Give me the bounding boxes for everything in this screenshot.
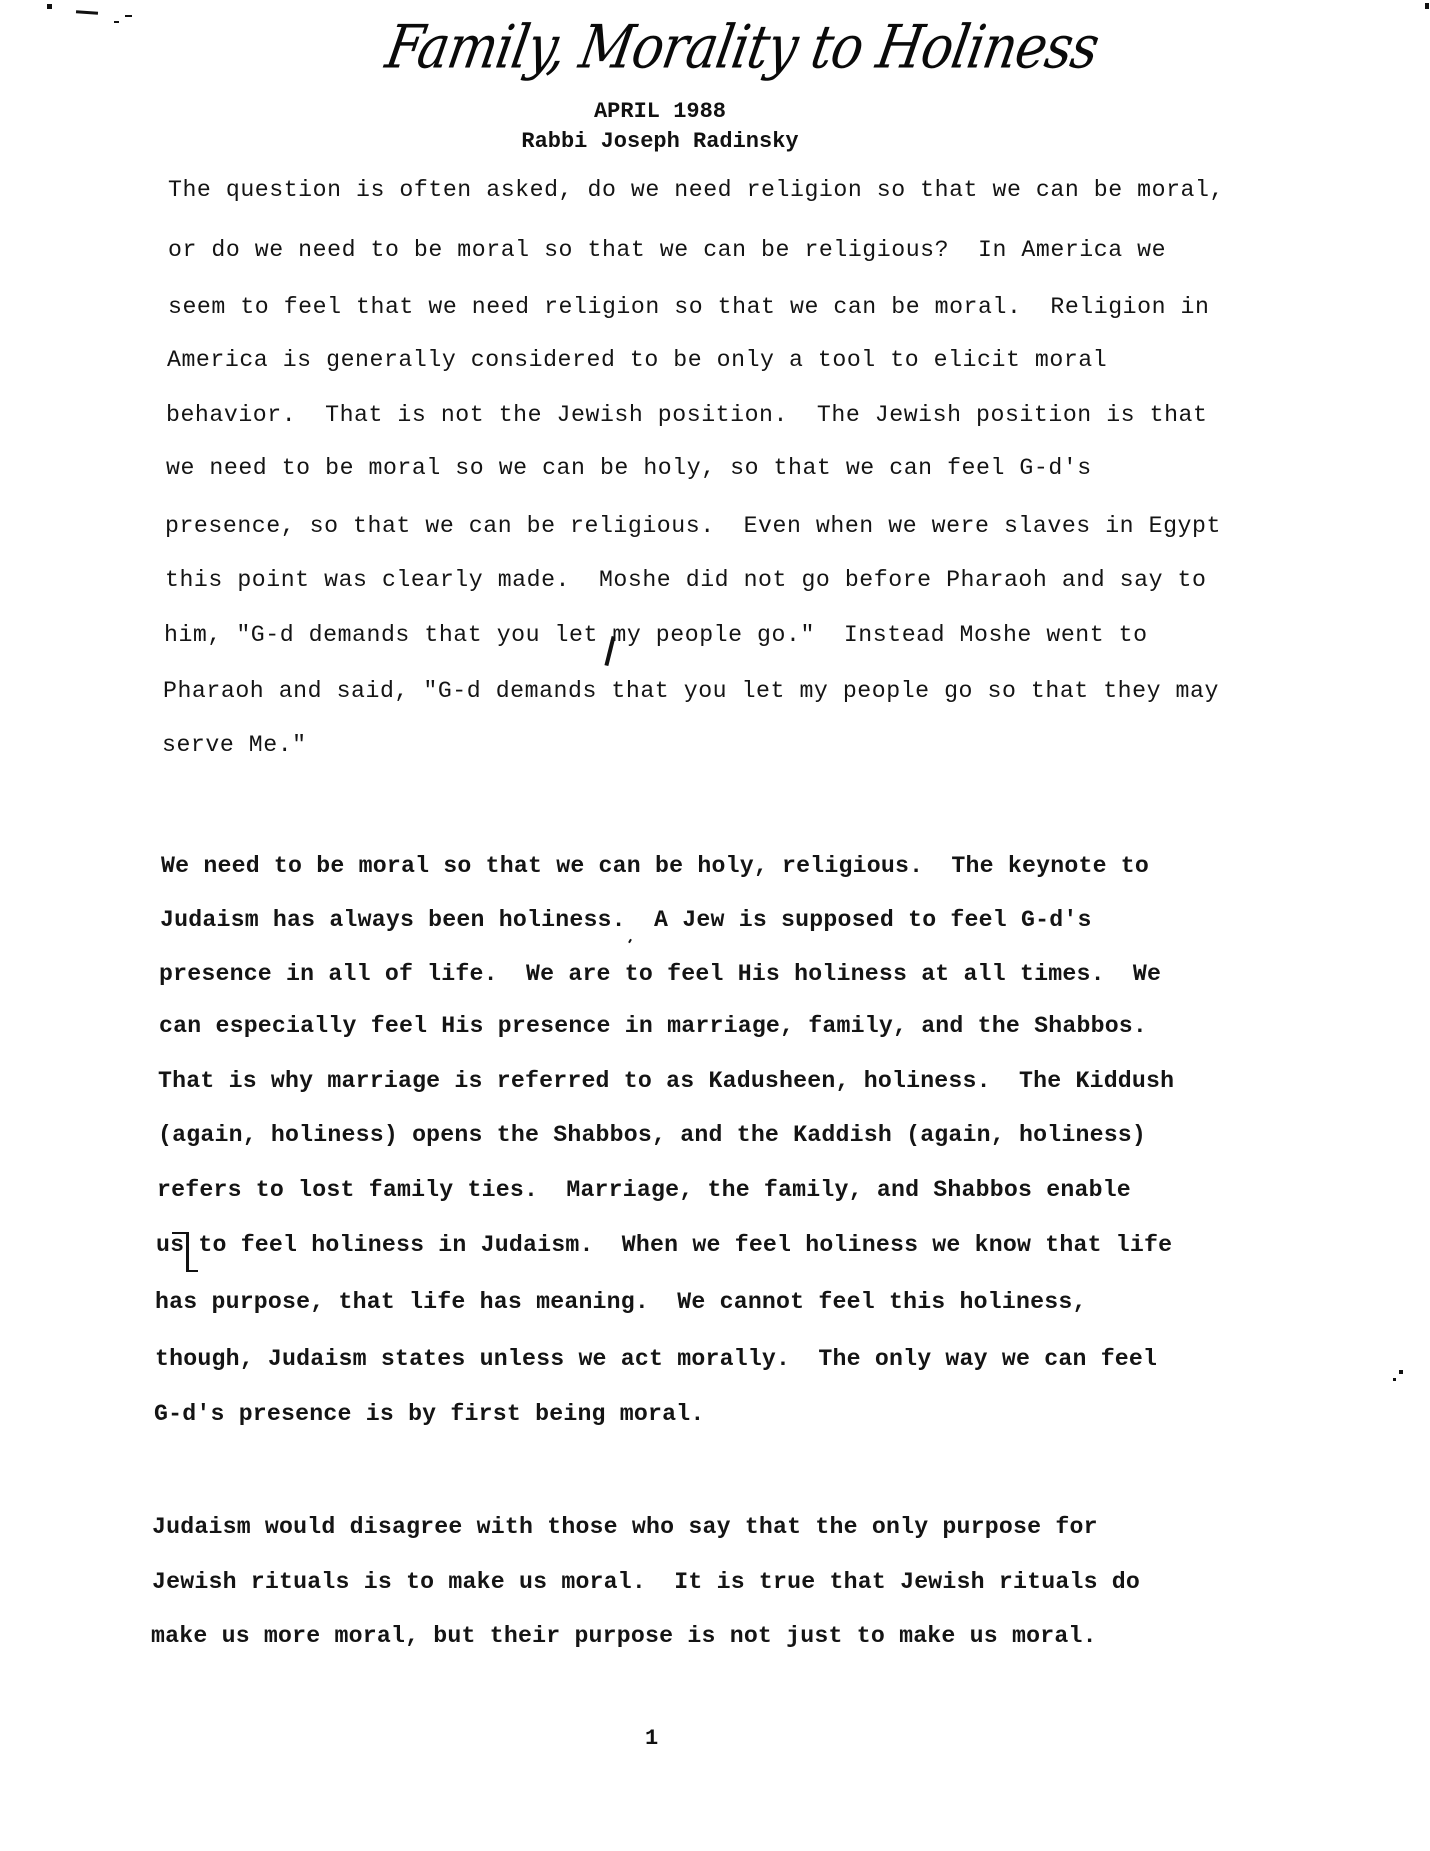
text-line: behavior. That is not the Jewish positio… [166, 401, 1207, 429]
text-line: Judaism has always been holiness. A Jew … [160, 906, 1092, 934]
scan-speck [76, 10, 98, 15]
scan-speck [1399, 1370, 1403, 1374]
text-line: We need to be moral so that we can be ho… [161, 852, 1149, 880]
text-line: The question is often asked, do we need … [168, 176, 1224, 204]
scan-speck [1393, 1378, 1396, 1381]
text-line: can especially feel His presence in marr… [159, 1012, 1147, 1040]
handwritten-title: Family, Morality to Holiness [376, 2, 915, 111]
text-line: this point was clearly made. Moshe did n… [165, 566, 1206, 594]
text-line: seem to feel that we need religion so th… [168, 293, 1209, 321]
scan-speck [125, 15, 132, 17]
scan-speck [1425, 3, 1429, 9]
text-line: make us more moral, but their purpose is… [151, 1622, 1097, 1650]
text-line: America is generally considered to be on… [167, 346, 1107, 374]
document-date: APRIL 1988 [0, 99, 1320, 124]
text-line: us to feel holiness in Judaism. When we … [156, 1231, 1172, 1259]
text-line: we need to be moral so we can be holy, s… [166, 454, 1092, 482]
text-line: though, Judaism states unless we act mor… [155, 1345, 1157, 1373]
handwritten-insertion-mark [168, 1232, 189, 1272]
text-line: him, "G-d demands that you let my people… [164, 621, 1148, 649]
scan-speck [47, 4, 52, 9]
text-line: G-d's presence is by first being moral. [154, 1400, 704, 1428]
document-page: Family, Morality to Holiness APRIL 1988 … [0, 0, 1430, 1851]
text-line: Jewish rituals is to make us moral. It i… [152, 1568, 1140, 1596]
text-line: Pharaoh and said, "G-d demands that you … [163, 677, 1219, 705]
text-line: serve Me." [162, 731, 307, 759]
text-line: or do we need to be moral so that we can… [168, 236, 1166, 264]
text-line: Judaism would disagree with those who sa… [152, 1513, 1098, 1541]
text-line: presence, so that we can be religious. E… [165, 512, 1221, 540]
text-line: has purpose, that life has meaning. We c… [155, 1288, 1087, 1316]
text-line: That is why marriage is referred to as K… [158, 1067, 1174, 1095]
text-line: presence in all of life. We are to feel … [159, 960, 1161, 988]
text-line: (again, holiness) opens the Shabbos, and… [158, 1121, 1146, 1149]
scan-speck [628, 939, 632, 943]
document-author: Rabbi Joseph Radinsky [0, 129, 1320, 154]
text-line: refers to lost family ties. Marriage, th… [157, 1176, 1131, 1204]
scan-speck [114, 21, 119, 23]
page-number: 1 [645, 1726, 658, 1751]
